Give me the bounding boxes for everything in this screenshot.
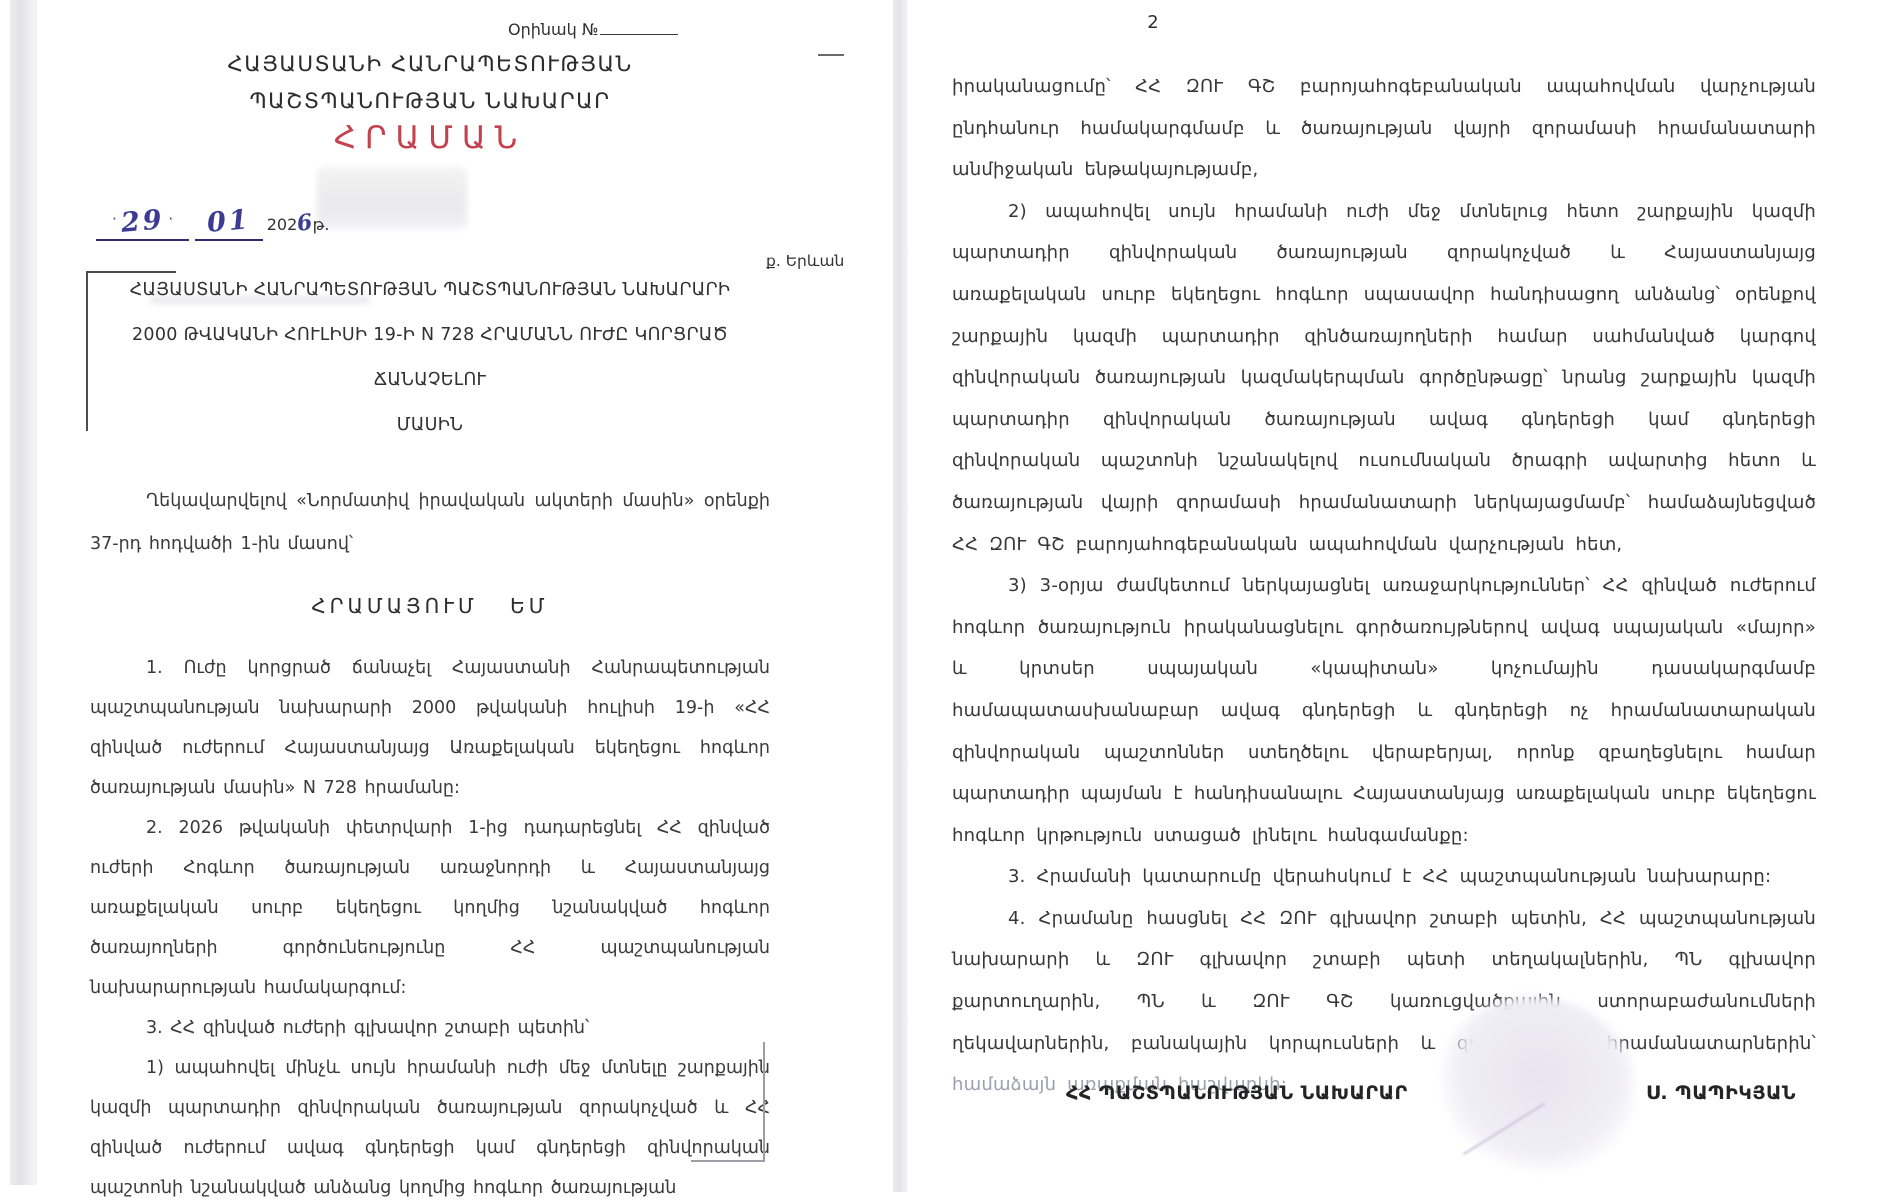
scanned-order-screenshot: { "colors": { "order_title_red": "#c4414… [0, 0, 1900, 1200]
printed-year-prefix: 202 [267, 215, 298, 234]
page-number: 2 [1118, 12, 1188, 33]
date-month-segment: 01 [195, 206, 263, 241]
order-item-4-distribution: 4. Հրամանը հասցնել ՀՀ ԶՈՒ գլխավոր շտաբի … [952, 898, 1816, 1106]
date-line: ·29·012026թ. [96, 206, 329, 241]
order-item-3-lead: 3. ՀՀ զինված ուժերի գլխավոր շտաբի պետին՝ [90, 1008, 770, 1048]
copy-number-line: Օրինակ № [508, 20, 678, 39]
copy-number-label: Օրինակ № [508, 20, 598, 39]
date-prefix-mark: · [112, 210, 117, 228]
page-1-document: Օրինակ № ՀԱՅԱՍՏԱՆԻ ՀԱՆՐԱՊԵՏՈՒԹՅԱՆ ՊԱՇՏՊԱ… [30, 0, 860, 1185]
date-day-segment: ·29· [96, 206, 189, 241]
copy-number-blank-underline [600, 20, 678, 35]
order-subitem-1-continuation: իրականացումը՝ ՀՀ ԶՈՒ ԳՇ բարոյահոգեբանակա… [952, 66, 1816, 191]
page-footer-corner-mark-vertical [763, 1042, 765, 1162]
order-subitem-3: 3) 3-օրյա ժամկետում ներկայացնել առաջարկո… [952, 565, 1816, 856]
handwritten-year-digit: 6 [296, 209, 315, 237]
order-item-3-supervision: 3. Հրամանի կատարումը վերահսկում է ՀՀ պաշ… [952, 856, 1816, 898]
order-item-2: 2. 2026 թվականի փետրվարի 1-ից դադարեցնել… [90, 808, 770, 1008]
order-title: ՀՐԱՄԱՆ [90, 120, 770, 156]
signature-row: ՀՀ ՊԱՇՏՊԱՆՈՒԹՅԱՆ ՆԱԽԱՐԱՐ Ս. ՊԱՊԻԿՅԱՆ [1066, 1082, 1796, 1104]
signatory-name: Ս. ՊԱՊԻԿՅԱՆ [1646, 1082, 1796, 1104]
order-item-1: 1. Ուժը կորցրած ճանաչել Հայաստանի Հանրապ… [90, 648, 770, 808]
city-label: ք. Երևան [766, 252, 844, 270]
redaction-blur [317, 167, 467, 229]
ministry-header: ՀԱՅԱՍՏԱՆԻ ՀԱՆՐԱՊԵՏՈՒԹՅԱՆ ՊԱՇՏՊԱՆՈՒԹՅԱՆ Ն… [90, 46, 770, 120]
subject-line-3: ՄԱՍԻՆ [90, 403, 770, 448]
preamble-paragraph: Ղեկավարվելով «Նորմատիվ իրավական ակտերի մ… [90, 480, 770, 566]
signatory-title: ՀՀ ՊԱՇՏՊԱՆՈՒԹՅԱՆ ՆԱԽԱՐԱՐ [1066, 1082, 1408, 1104]
subject-line-1: ՀԱՅԱՍՏԱՆԻ ՀԱՆՐԱՊԵՏՈՒԹՅԱՆ ՊԱՇՏՊԱՆՈՒԹՅԱՆ Ն… [90, 268, 770, 313]
handwritten-month: 01 [206, 204, 252, 239]
order-body-page2: իրականացումը՝ ՀՀ ԶՈՒ ԳՇ բարոյահոգեբանակա… [952, 66, 1816, 1106]
page2-left-edge-shadow [893, 0, 908, 1192]
order-subitem-1: 1) ապահովել մինչև սույն հրամանի ուժի մեջ… [90, 1048, 770, 1200]
order-subitem-2: 2) ապահովել սույն հրամանի ուժի մեջ մտնել… [952, 191, 1816, 565]
decree-heading: ՀՐԱՄԱՅՈՒՄ ԵՄ [90, 594, 770, 618]
subject-block: ՀԱՅԱՍՏԱՆԻ ՀԱՆՐԱՊԵՏՈՒԹՅԱՆ ՊԱՇՏՊԱՆՈՒԹՅԱՆ Ն… [90, 268, 770, 448]
ministry-header-line-1: ՀԱՅԱՍՏԱՆԻ ՀԱՆՐԱՊԵՏՈՒԹՅԱՆ [90, 46, 770, 83]
distribution-main-text: 4. Հրամանը հասցնել ՀՀ ԶՈՒ գլխավոր շտաբի … [952, 908, 1816, 1054]
page-footer-corner-mark-horizontal [691, 1160, 765, 1162]
scan-artifact-mark [818, 54, 844, 56]
page-2-document: 2 իրականացումը՝ ՀՀ ԶՈՒ ԳՇ բարոյահոգեբանա… [908, 0, 1900, 1200]
handwritten-day: 29 [120, 204, 166, 239]
year-era-suffix: թ. [313, 215, 330, 234]
subject-line-2: 2000 ԹՎԱԿԱՆԻ ՀՈՒԼԻՍԻ 19-Ի N 728 ՀՐԱՄԱՆՆ … [90, 313, 770, 403]
ministry-header-line-2: ՊԱՇՏՊԱՆՈՒԹՅԱՆ ՆԱԽԱՐԱՐ [90, 83, 770, 120]
order-body-page1: 1. Ուժը կորցրած ճանաչել Հայաստանի Հանրապ… [90, 648, 770, 1200]
date-mid-mark: · [168, 210, 173, 228]
